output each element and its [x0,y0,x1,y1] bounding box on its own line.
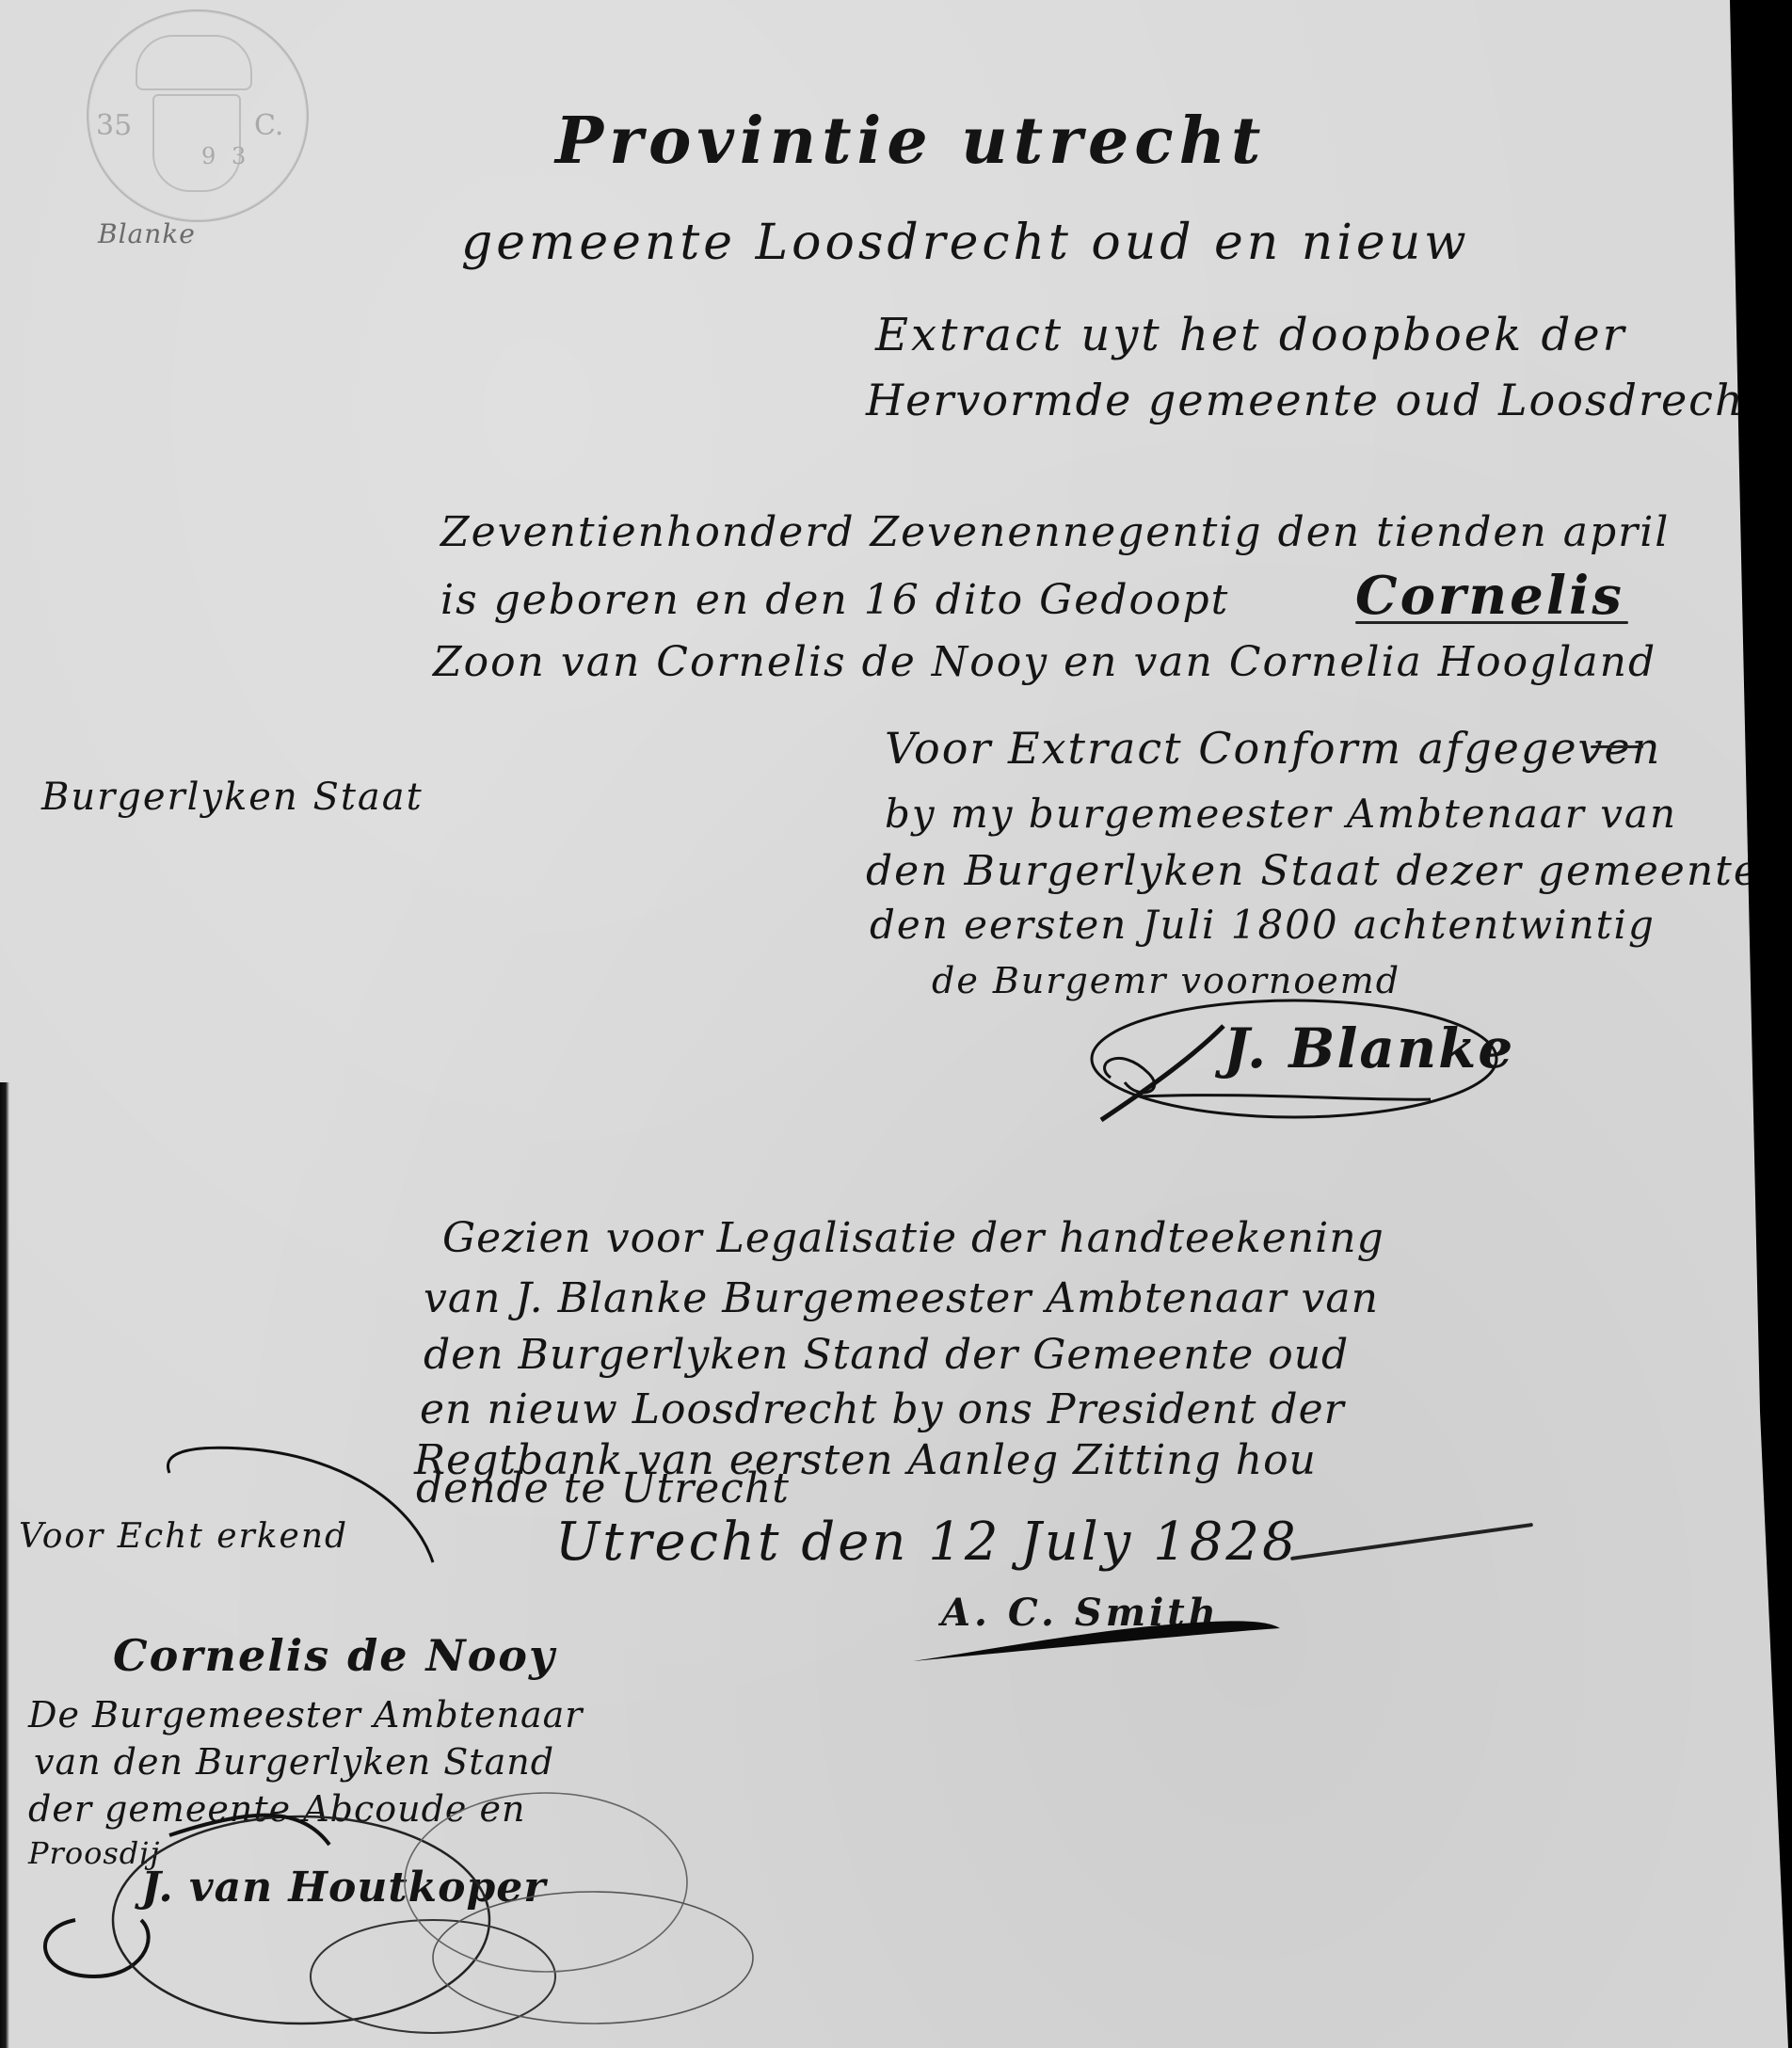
legalisation-line-2: van J. Blanke Burgemeester Ambtenaar van [424,1274,1379,1322]
legalisation-line-3: den Burgerlyken Stand der Gemeente oud [424,1331,1349,1379]
certification-line-1: Voor Extract Conform afgegeven [885,723,1661,774]
registrar-note-line-1: De Burgemeester Ambtenaar [28,1694,583,1736]
entry-line-3: Zoon van Cornelis de Nooy en van Corneli… [433,638,1656,686]
scan-edge-left [0,1082,9,2048]
registrar-note-line-2: van den Burgerlyken Stand [34,1741,554,1783]
seal-mark: C. [254,109,283,142]
municipality-heading: gemeente Loosdrecht oud en nieuw [461,215,1470,271]
certification-line-4: den eersten Juli 1800 achtentwintig [870,902,1656,948]
shield-icon [152,94,241,192]
approval-flourish [141,1431,452,1581]
signature-flourish-registrar [19,1788,791,2042]
legalisation-line-1: Gezien voor Legalisatie der handteekenin… [442,1214,1384,1262]
extract-title-line-1: Extract uyt het doopboek der [875,309,1627,361]
seal-mark: 9 [201,143,216,169]
child-name: Cornelis [1355,565,1624,627]
signature-flourish-smith [913,1609,1289,1666]
legalisation-date-line: Utrecht den 12 July 1828 [555,1512,1299,1573]
approval-note: Voor Echt erkend [19,1517,348,1556]
province-heading: Provintie utrecht [555,104,1266,179]
signature-cornelis-de-nooy: Cornelis de Nooy [113,1630,556,1681]
signature-blanke: J. Blanke [1224,1016,1514,1080]
entry-line-2: is geboren en den 16 dito Gedoopt [440,576,1229,624]
entry-line-1: Zeventienhonderd Zevenennegentig den tie… [440,508,1670,556]
certification-line-3: den Burgerlyken Staat dezer gemeente [866,847,1760,895]
extract-title-line-2: Hervormde gemeente oud Loosdrecht [866,375,1764,425]
margin-note-top: Blanke [98,218,196,249]
crown-icon [136,35,252,90]
date-underline-stroke [1290,1523,1533,1560]
line-filler-stroke [1591,745,1643,748]
seal-mark: 35 [96,109,132,142]
legalisation-line-6: dende te Utrecht [416,1464,790,1512]
seal-mark: 3 [232,143,246,169]
margin-label-civil-registry: Burgerlyken Staat [41,776,424,819]
child-name-underline [1355,621,1628,624]
document-page: 35 C. 9 3 Blanke Provintie utrecht gemee… [0,0,1792,2048]
embossed-seal-icon: 35 C. 9 3 [87,9,309,222]
certification-line-2: by my burgemeester Ambtenaar van [885,791,1677,837]
legalisation-line-4: en nieuw Loosdrecht by ons President der [420,1385,1345,1433]
